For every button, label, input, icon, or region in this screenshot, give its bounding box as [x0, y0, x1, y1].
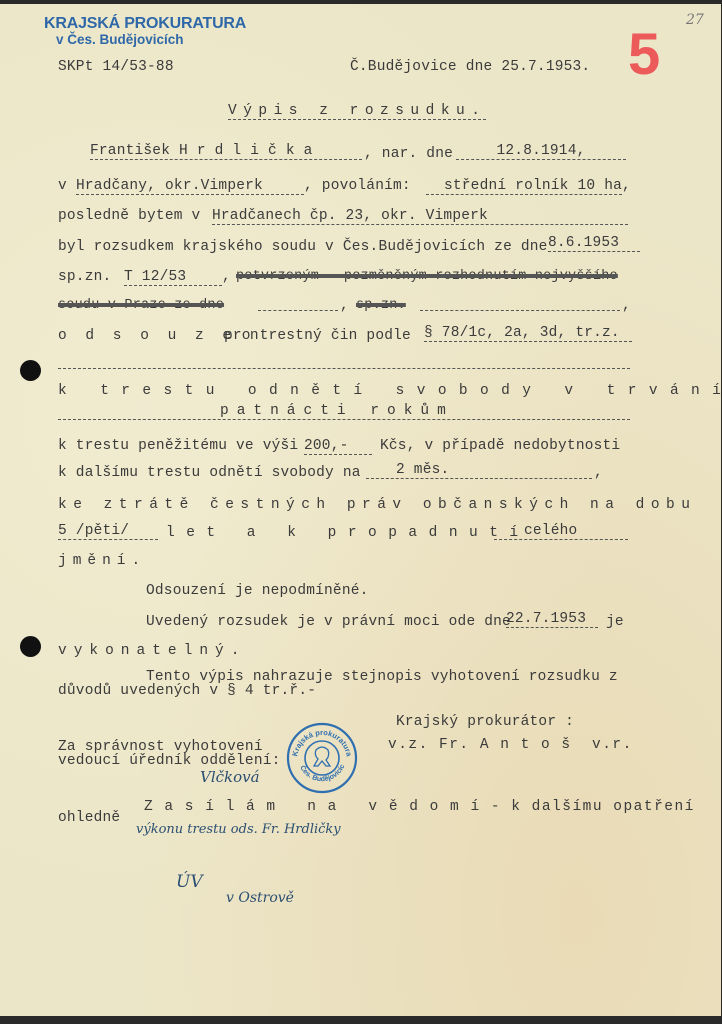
- reference-number: SKPt 14/53-88: [58, 60, 174, 75]
- statute: § 78/1c, 2a, 3d, tr.z.: [424, 326, 632, 342]
- prosecutor-office-stamp: KRAJSKÁ PROKURATURA v Čes. Budějovicích: [44, 16, 246, 47]
- property: jmění.: [58, 554, 146, 569]
- handwritten-distribution-note: výkonu trestu ods. Fr. Hrdličky: [136, 822, 341, 837]
- pencil-folio-number: 27: [686, 12, 704, 28]
- fine-amount: 200,-: [304, 439, 372, 455]
- distribution-left-word: ohledně: [58, 811, 120, 826]
- stamp-line-2: v Čes. Budějovicích: [44, 33, 246, 47]
- substitute-text: k dalšímu trestu odnětí svobody na: [58, 466, 361, 481]
- document-page: KRAJSKÁ PROKURATURA v Čes. Budějovicích …: [0, 4, 721, 1016]
- crime-label: pro trestný čin podle: [224, 329, 411, 344]
- force-text-2: je: [606, 615, 624, 630]
- comma: ,: [622, 299, 631, 314]
- blank-line: [420, 310, 620, 311]
- fine-text-2: Kčs, v případě nedobytnosti: [380, 439, 620, 454]
- case-label: sp.zn.: [58, 270, 111, 285]
- blank-line: [58, 368, 630, 369]
- certify-line-2: vedoucí úředník oddělení:: [58, 754, 281, 769]
- handwritten-recipient: ÚV: [176, 872, 203, 892]
- place-date: Č.Budějovice dne 25.7.1953.: [350, 60, 590, 75]
- born-date: 12.8.1914,: [456, 144, 626, 160]
- occupation-label: , povoláním:: [304, 179, 411, 194]
- born-label: , nar. dne: [364, 147, 453, 162]
- enforceable-text: vykonatelný.: [58, 644, 246, 659]
- substitute-term: 2 měs.: [366, 463, 592, 479]
- blank-line: [258, 310, 338, 311]
- comma: ,: [222, 270, 231, 285]
- handwritten-signature: Vlčková: [200, 768, 260, 786]
- rights-term: 5 /pěti/: [58, 524, 158, 540]
- punch-hole: [20, 360, 41, 381]
- struck-text-3: sp.zn.: [356, 299, 406, 313]
- force-date: 22.7.1953: [506, 612, 598, 628]
- round-office-seal-icon: Krajská prokuratura v Čes. Budějovicích: [286, 722, 358, 794]
- prosecutor-title: Krajský prokurátor :: [396, 715, 574, 730]
- court-date: 8.6.1953: [548, 236, 640, 252]
- comma: ,: [340, 299, 349, 314]
- last-residence: Hradčanech čp. 23, okr. Vimperk: [212, 209, 628, 225]
- fine-text-1: k trestu peněžitému ve výši: [58, 439, 298, 454]
- forfeiture: celého: [494, 524, 628, 540]
- rights-text: ke ztrátě čestných práv občanských na do…: [58, 498, 696, 513]
- birthplace: Hradčany, okr.Vimperk: [76, 179, 304, 195]
- last-residence-label: posledně bytem v: [58, 209, 200, 224]
- replace-text-2: důvodů uvedených v § 4 tr.ř.-: [58, 684, 316, 699]
- occupation: střední rolník 10 ha: [426, 179, 622, 195]
- comma: ,: [622, 179, 631, 194]
- distribution-typed: Z a s í l á m n a v ě d o m í - k dalším…: [144, 800, 695, 815]
- in-label: v: [58, 179, 67, 194]
- punch-hole: [20, 636, 41, 657]
- prison-term: patnácti rokům: [58, 404, 630, 420]
- prosecutor-name: v.z. Fr. A n t o š v.r.: [388, 738, 633, 753]
- prison-text: k trestu odnětí svobody v trvání: [58, 384, 722, 399]
- struck-text-1: potvrzeným - pozměněným rozhodnutím nejv…: [236, 270, 618, 284]
- page-number-stamp: 5: [628, 26, 660, 84]
- struck-text-2: soudu v Praze ze dne: [58, 299, 224, 313]
- force-text: Uvedený rozsudek je v právní moci ode dn…: [146, 615, 511, 630]
- case-number: T 12/53: [124, 270, 222, 286]
- unconditional-text: Odsouzení je nepodmíněné.: [146, 584, 369, 599]
- handwritten-place: v Ostrově: [226, 890, 294, 906]
- person-name: František H r d l i č k a: [90, 144, 362, 160]
- rights-text-2: let a k propadnutí: [166, 526, 530, 541]
- document-title: Výpis z rozsudku.: [228, 104, 486, 120]
- court-text: byl rozsudkem krajského soudu v Čes.Budě…: [58, 240, 548, 255]
- comma: ,: [594, 466, 603, 481]
- stamp-line-1: KRAJSKÁ PROKURATURA: [44, 16, 246, 33]
